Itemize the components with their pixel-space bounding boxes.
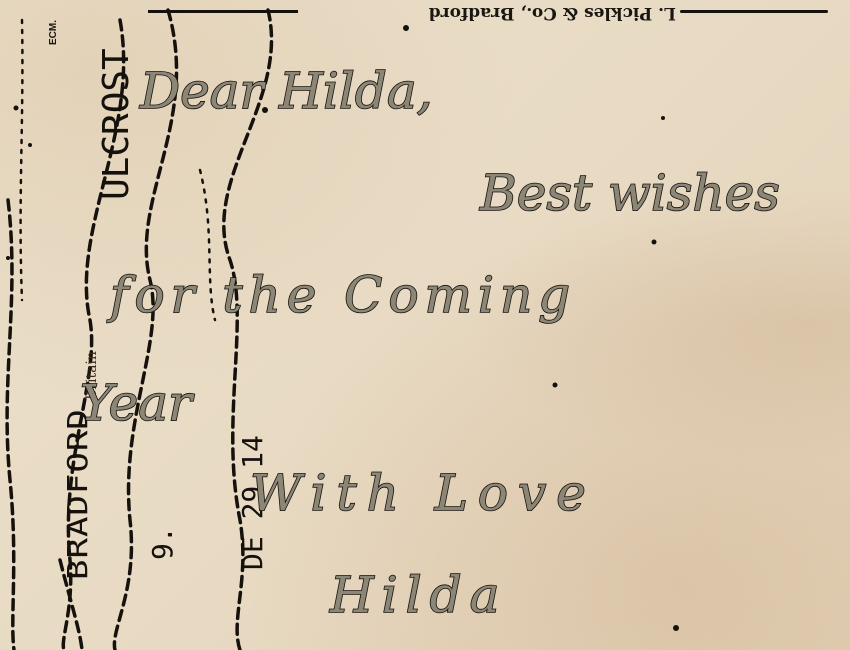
message-line-best-wishes: Best wishes — [479, 164, 780, 222]
postcard-back: L. Pickles & Co., Bradford ECM. BRADFORD… — [0, 0, 850, 650]
message-line-greeting: Dear Hilda, — [139, 62, 433, 120]
message-line-year: Year — [80, 374, 195, 432]
message-line-coming: for the Coming — [106, 266, 576, 324]
message-line-signature: Hilda — [329, 566, 507, 624]
handwritten-message: Dear Hilda, Best wishes for the Coming Y… — [0, 0, 850, 650]
message-line-with-love: With Love — [250, 464, 596, 522]
